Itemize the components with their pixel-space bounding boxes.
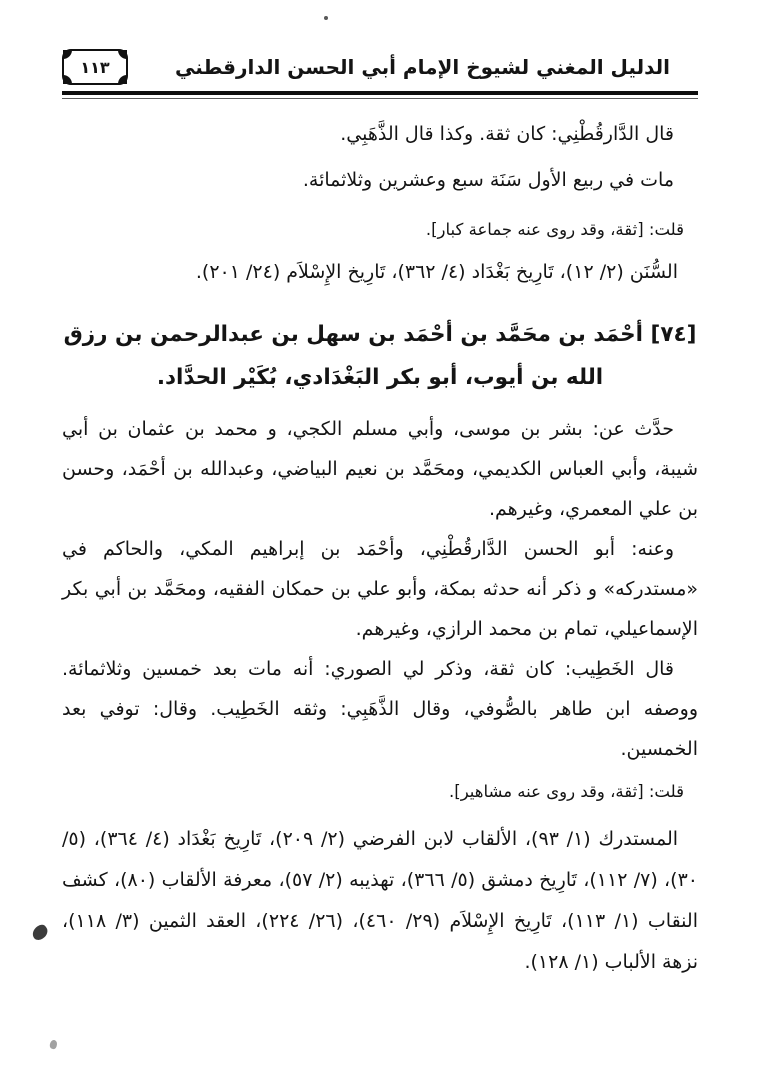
ink-speck bbox=[324, 16, 328, 20]
page-header: الدليل المغني لشيوخ الإمام أبي الحسن الد… bbox=[62, 48, 698, 86]
entry-74-assessment: قال الخَطِيب: كان ثقة، وذكر لي الصوري: أ… bbox=[62, 649, 698, 769]
box-corner-ornament bbox=[118, 50, 127, 59]
page-content: الدليل المغني لشيوخ الإمام أبي الحسن الد… bbox=[0, 48, 760, 983]
prev-entry-author-verdict: قلت: [ثقة، وقد روى عنه جماعة كبار]. bbox=[62, 211, 698, 249]
book-page: الدليل المغني لشيوخ الإمام أبي الحسن الد… bbox=[0, 0, 760, 1077]
box-corner-ornament bbox=[63, 50, 72, 59]
entry-74-references: المستدرك (١/ ٩٣)، الألقاب لابن الفرضي (٢… bbox=[62, 819, 698, 983]
prev-entry-references: السُّنَن (٢/ ١٢)، تَارِيخ بَغْدَاد (٤/ ٣… bbox=[62, 249, 698, 295]
entry-74-heading-line2: الله بن أيوب، أبو بكر البَغْدَادي، بُكَي… bbox=[62, 356, 698, 399]
entry-74-teachers: حدَّث عن: بشر بن موسى، وأبي مسلم الكجي، … bbox=[62, 409, 698, 529]
page-number-box: ١١٣ bbox=[62, 49, 128, 85]
book-title: الدليل المغني لشيوخ الإمام أبي الحسن الد… bbox=[175, 55, 670, 79]
ink-smudge bbox=[49, 1039, 59, 1050]
prev-entry-death-date: مات في ربيع الأول سَنَة سبع وعشرين وثلاث… bbox=[62, 157, 698, 203]
box-corner-ornament bbox=[118, 75, 127, 84]
entry-74-students: وعنه: أبو الحسن الدَّارقُطْنِي، وأحْمَد … bbox=[62, 529, 698, 649]
prev-entry-daraqutni-quote: قال الدَّارقُطْنِي: كان ثقة. وكذا قال ال… bbox=[62, 111, 698, 157]
entry-74-heading: [٧٤] أحْمَد بن محَمَّد بن أحْمَد بن سهل … bbox=[62, 313, 698, 399]
box-corner-ornament bbox=[63, 75, 72, 84]
entry-74-author-verdict: قلت: [ثقة، وقد روى عنه مشاهير]. bbox=[62, 773, 698, 811]
page-number: ١١٣ bbox=[80, 58, 109, 77]
entry-74-heading-line1: [٧٤] أحْمَد بن محَمَّد بن أحْمَد بن سهل … bbox=[62, 313, 698, 356]
header-divider-rule bbox=[62, 91, 698, 99]
